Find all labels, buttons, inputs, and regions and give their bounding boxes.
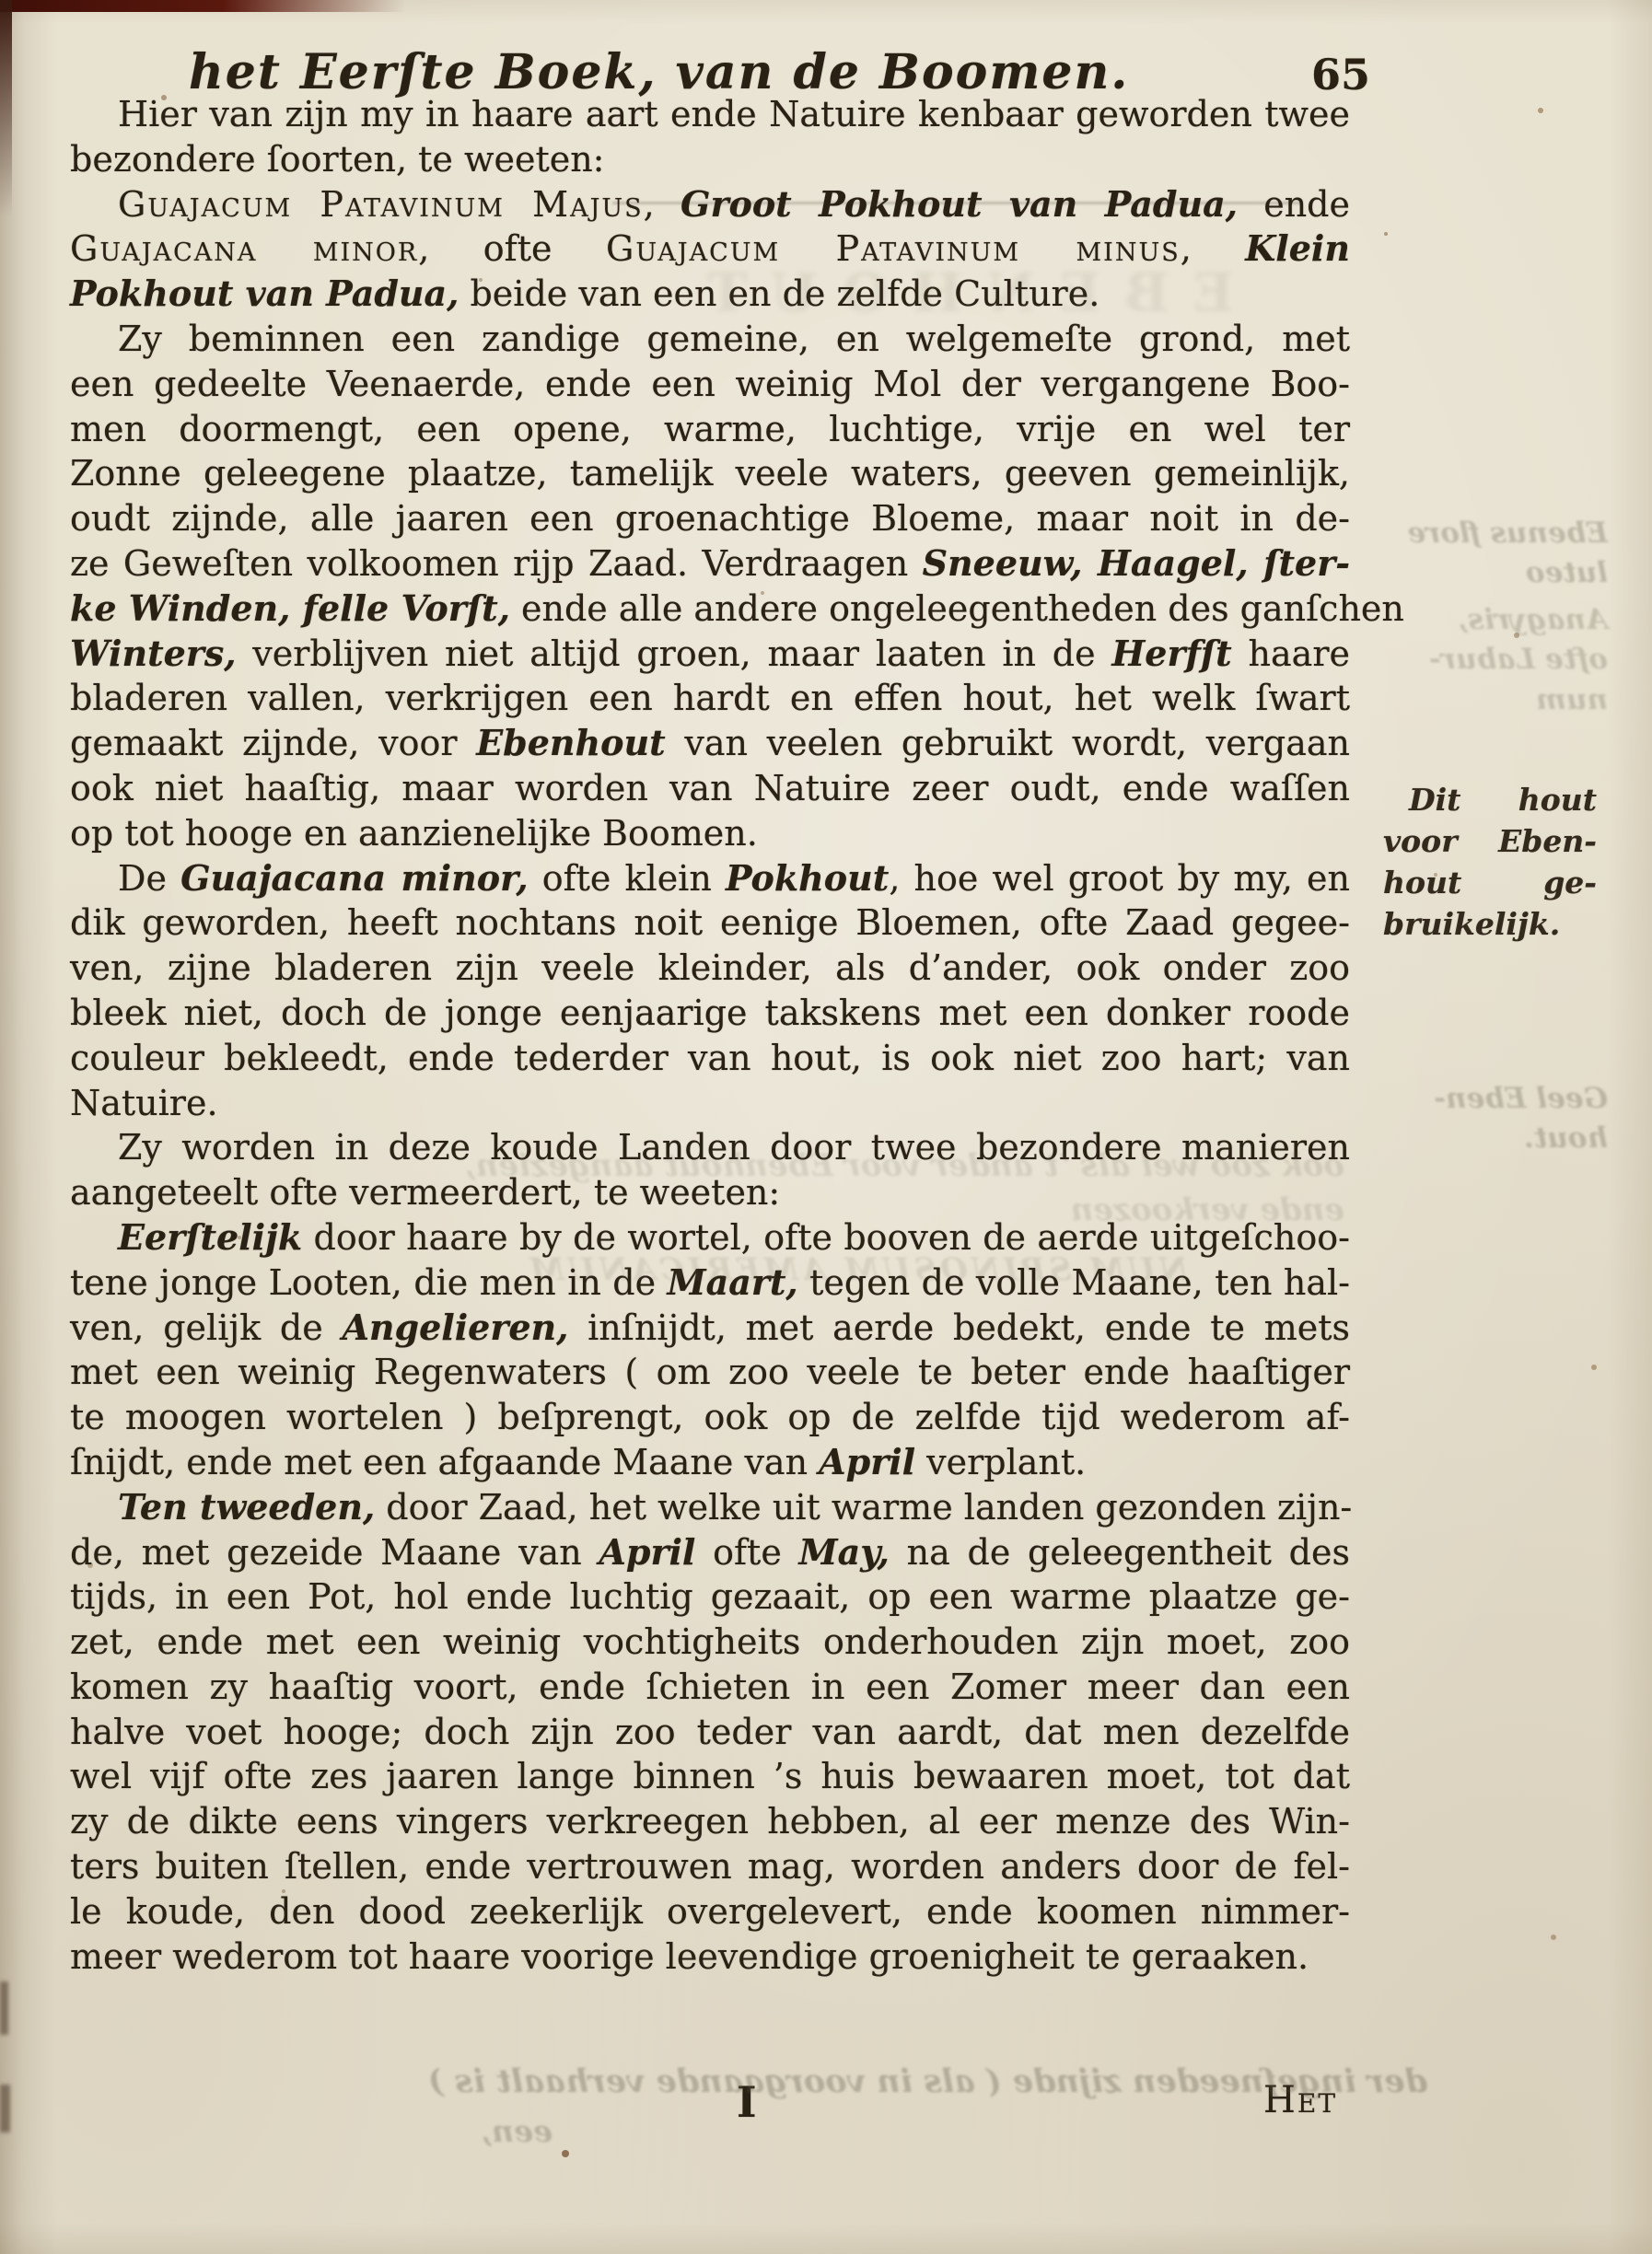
text-run: ook niet haaſtig, maar worden van Natuir…: [70, 768, 1350, 808]
body-line: tijds, in een Pot, hol ende luchtig geza…: [70, 1574, 1350, 1620]
body-line: bezondere ſoorten, te weeten:: [70, 137, 1350, 182]
text-run: dik geworden, heeft nochtans noit eenige…: [70, 902, 1350, 943]
margin-note-line: voor Eben-: [1383, 820, 1597, 862]
body-line: wel vijf ofte zes jaaren lange binnen ’s…: [70, 1754, 1350, 1799]
text-run: van veelen gebruikt wordt, vergaan: [666, 723, 1350, 763]
body-line: ke Winden, felle Vorſt, ende alle andere…: [70, 587, 1350, 632]
text-run: Guajacana minor,: [180, 857, 528, 899]
body-line: Zonne geleegene plaatze, tamelijk veele …: [70, 451, 1350, 496]
text-run: Sneeuw, Haagel, ſter-: [923, 542, 1350, 584]
margin-note-line: hout ge-: [1383, 862, 1597, 903]
text-run: bezondere ſoorten, te weeten:: [70, 139, 604, 180]
text-run: ke Winden, felle Vorſt,: [70, 587, 510, 629]
text-run: le koude, den dood zeekerlijk overgeleve…: [70, 1891, 1350, 1932]
text-run: haare: [1232, 633, 1350, 674]
edge-smudge: [0, 2085, 10, 2132]
text-run: meer wederom tot haare voorige leevendig…: [70, 1936, 1309, 1977]
body-line: met een weinig Regenwaters ( om zoo veel…: [70, 1350, 1350, 1395]
text-run: een gedeelte Veenaerde, ende een weinig …: [70, 364, 1350, 404]
bleedthrough-ghost-text: der ingeſneeden zijnde ( als in voorgaan…: [396, 2059, 1427, 2104]
text-run: May,: [799, 1531, 890, 1573]
body-line: men doormengt, een opene, warme, luchtig…: [70, 407, 1350, 452]
text-run: Angelieren,: [342, 1307, 568, 1348]
bleedthrough-ghost-text: NUM SPINOSUM AMERICANUM: [396, 1249, 1188, 1293]
text-run: te moogen wortelen ) beſprengt, ook op d…: [70, 1397, 1350, 1437]
body-line: ters buiten ſtellen, ende vertrouwen mag…: [70, 1844, 1350, 1889]
body-line: de, met gezeide Maane van April ofte May…: [70, 1530, 1350, 1575]
ghost-line: NUM SPINOSUM AMERICANUM: [396, 1249, 1188, 1293]
body-line: gemaakt zijnde, voor Ebenhout van veelen…: [70, 721, 1350, 766]
bleedthrough-ghost-text: Ebenus floreluteo: [1378, 514, 1608, 594]
text-run: tijds, in een Pot, hol ende luchtig geza…: [70, 1576, 1350, 1617]
body-line: Winters, verblijven niet altijd groen, m…: [70, 632, 1350, 677]
body-line: zet, ende met een weinig vochtigheits on…: [70, 1620, 1350, 1665]
text-run: Pokhout: [726, 857, 889, 899]
ghost-line: num: [1378, 680, 1608, 720]
body-line: zy de dikte eens vingers verkreegen hebb…: [70, 1799, 1350, 1844]
text-run: gemaakt zijnde, voor: [70, 723, 476, 763]
text-run: Herfſt: [1111, 633, 1231, 674]
text-run: Groot Pokhout van Padua,: [681, 183, 1238, 225]
body-line: komen zy haaſtig voort, ende ſchieten in…: [70, 1665, 1350, 1710]
text-run: ven, gelijk de: [70, 1307, 342, 1348]
ghost-line: Ebenus flore: [1378, 514, 1608, 553]
text-run: komen zy haaſtig voort, ende ſchieten in…: [70, 1667, 1350, 1707]
body-line: een gedeelte Veenaerde, ende een weinig …: [70, 362, 1350, 407]
text-run: Winters,: [70, 633, 236, 674]
text-run: Zonne geleegene plaatze, tamelijk veele …: [70, 453, 1350, 494]
text-run: bladeren vallen, verkrijgen een hardt en…: [70, 678, 1350, 718]
bleedthrough-ghost-text: Anagyris,ofte Labur-num: [1378, 600, 1608, 720]
body-line: Natuire.: [70, 1081, 1350, 1126]
body-line: meer wederom tot haare voorige leevendig…: [70, 1934, 1350, 1980]
text-run: ven, zijne bladeren zijn veele kleinder,…: [70, 947, 1350, 988]
bleedthrough-ghost-text: Geel Eben-hout.: [1378, 1079, 1608, 1159]
text-run: zy de dikte eens vingers verkreegen hebb…: [70, 1801, 1350, 1842]
book-page-scan: het Eerſte Boek, van de Boomen. 65 Hier …: [0, 0, 1652, 2254]
page-edge-band-left: [0, 0, 12, 216]
text-run: ze Geweſten volkoomen rijp Zaad. Verdraa…: [70, 543, 923, 584]
text-run: ende alle andere ongeleegentheden des ga…: [510, 588, 1404, 629]
text-run: inſnijdt, met aerde bedekt, ende te mets: [568, 1307, 1350, 1348]
body-line: dik geworden, heeft nochtans noit eenige…: [70, 900, 1350, 946]
ghost-line: ofte Labur-: [1378, 640, 1608, 680]
margin-note: Dit houtvoor Eben-hout ge-bruikelijk.: [1383, 779, 1597, 945]
body-line: op tot hooge en aanzienelijke Boomen.: [70, 811, 1350, 856]
paper-specks: [0, 0, 4, 4]
text-run: Hier van zijn my in haare aart ende Natu…: [118, 94, 1350, 134]
text-run: men doormengt, een opene, warme, luchtig…: [70, 409, 1350, 449]
text-run: Ten tweeden,: [118, 1486, 375, 1528]
text-run: De: [118, 858, 180, 899]
edge-smudge: [0, 1981, 8, 2035]
body-line: ook niet haaſtig, maar worden van Natuir…: [70, 766, 1350, 811]
ghost-line: hout.: [1378, 1119, 1608, 1158]
body-line: bladeren vallen, verkrijgen een hardt en…: [70, 676, 1350, 721]
text-run: , hoe wel groot by my, en: [889, 858, 1350, 899]
text-run: Guajacum Patavinum Majus: [118, 184, 644, 225]
body-line: ven, gelijk de Angelieren, inſnijdt, met…: [70, 1306, 1350, 1351]
body-line: le koude, den dood zeekerlijk overgeleve…: [70, 1889, 1350, 1934]
text-run: Eerſtelijk: [118, 1216, 302, 1258]
text-run: bleek niet, doch de jonge eenjaarige tak…: [70, 993, 1350, 1033]
body-line: oudt zijnde, alle jaaren een groenachtig…: [70, 496, 1350, 541]
text-run: ofte: [695, 1532, 798, 1573]
text-run: Klein: [1245, 227, 1350, 269]
ghost-line: EBENHOUT: [313, 256, 1234, 331]
text-run: ,: [644, 184, 681, 225]
text-run: verblijven niet altijd groen, maar laate…: [236, 633, 1111, 674]
text-run: ters buiten ſtellen, ende vertrouwen mag…: [70, 1846, 1350, 1887]
text-run: Ebenhout: [476, 722, 666, 763]
ghost-line: Anagyris,: [1378, 600, 1608, 640]
text-run: ende: [1238, 184, 1350, 225]
body-line: De Guajacana minor, ofte klein Pokhout, …: [70, 856, 1350, 901]
text-run: couleur bekleedt, ende tederder van hout…: [70, 1038, 1350, 1078]
ghost-line: ook zoo wel als ’t ander voor Ebenhout a…: [396, 1144, 1344, 1232]
bleedthrough-ghost-text: ook zoo wel als ’t ander voor Ebenhout a…: [396, 1144, 1344, 1232]
bleedthrough-ghost-text: EBENHOUT: [313, 256, 1234, 331]
ghost-line: der ingeſneeden zijnde ( als in voorgaan…: [396, 2059, 1427, 2104]
body-line: couleur bekleedt, ende tederder van hout…: [70, 1036, 1350, 1081]
text-run: ofte klein: [529, 858, 726, 899]
text-run: verplant.: [915, 1442, 1086, 1482]
ghost-line: Geel Eben-: [1378, 1079, 1608, 1119]
body-line: ſnijdt, ende met een afgaande Maane van …: [70, 1440, 1350, 1485]
margin-note-line: Dit hout: [1383, 779, 1597, 820]
margin-note-line: bruikelijk.: [1383, 903, 1597, 945]
text-run: Natuire.: [70, 1083, 218, 1123]
text-run: April: [599, 1531, 695, 1573]
text-run: op tot hooge en aanzienelijke Boomen.: [70, 813, 758, 854]
text-run: met een weinig Regenwaters ( om zoo veel…: [70, 1352, 1350, 1392]
body-line: Ten tweeden, door Zaad, het welke uit wa…: [70, 1485, 1350, 1530]
body-line: te moogen wortelen ) beſprengt, ook op d…: [70, 1395, 1350, 1440]
body-line: halve voet hooge; doch zijn zoo teder va…: [70, 1710, 1350, 1755]
page-edge-band-top: [0, 0, 405, 12]
text-run: April: [819, 1441, 915, 1482]
text-run: zet, ende met een weinig vochtigheits on…: [70, 1621, 1350, 1662]
text-run: halve voet hooge; doch zijn zoo teder va…: [70, 1712, 1350, 1752]
bleedthrough-ghost-text: een,: [433, 2110, 553, 2153]
ghost-line: een,: [433, 2110, 553, 2153]
ghost-line: luteo: [1378, 553, 1608, 593]
text-run: na de geleegentheit des: [890, 1532, 1350, 1573]
text-run: ſnijdt, ende met een afgaande Maane van: [70, 1442, 819, 1482]
text-run: de, met gezeide Maane van: [70, 1532, 599, 1573]
body-line: ven, zijne bladeren zijn veele kleinder,…: [70, 946, 1350, 991]
text-run: door Zaad, het welke uit warme landen ge…: [375, 1487, 1352, 1528]
body-line: Hier van zijn my in haare aart ende Natu…: [70, 92, 1350, 137]
text-block: Hier van zijn my in haare aart ende Natu…: [70, 92, 1350, 1979]
body-line: ze Geweſten volkoomen rijp Zaad. Verdraa…: [70, 541, 1350, 587]
text-run: wel vijf ofte zes jaaren lange binnen ’s…: [70, 1756, 1350, 1796]
body-line: bleek niet, doch de jonge eenjaarige tak…: [70, 991, 1350, 1036]
body-line: Guajacum Patavinum Majus, Groot Pokhout …: [70, 182, 1350, 227]
text-run: oudt zijnde, alle jaaren een groenachtig…: [70, 498, 1350, 539]
